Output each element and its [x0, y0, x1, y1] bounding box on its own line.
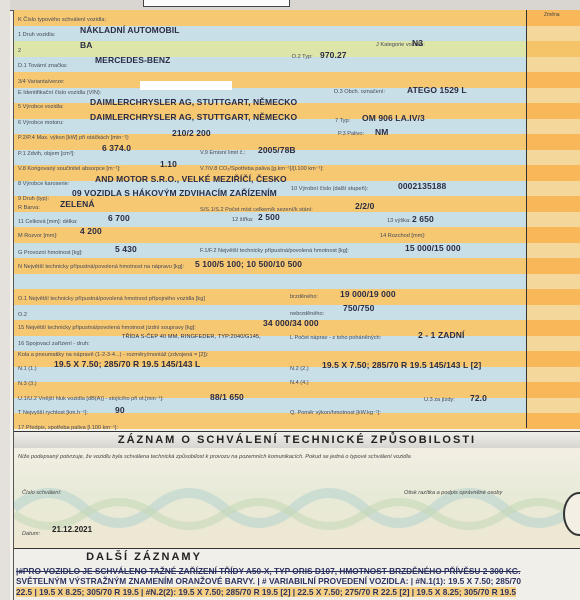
field-label-druh-vozidla: 1 Druh vozidla:: [18, 32, 55, 38]
change-cell: [526, 134, 580, 150]
field-label-druh-typ: 9 Druh (typ):: [18, 196, 49, 202]
change-cell: [526, 119, 580, 135]
field-label-d2: D.2 Typ:: [292, 54, 313, 60]
field-value-vyrobce-vozidla: DAIMLERCHRYSLER AG, STUTTGART, NĚMECKO: [90, 97, 297, 107]
field-label-n3: N.3 (3.): [18, 381, 37, 387]
field-value-f2: BA: [80, 40, 92, 50]
field-label-rozchod: 14 Rozchod [mm]:: [380, 233, 425, 239]
field-label-e: E Identifikační číslo vozidla (VIN):: [18, 90, 101, 96]
change-cell: [526, 289, 580, 305]
change-cell: [526, 367, 580, 383]
field-value-vyrobni-cislo: 0002135188: [398, 181, 446, 191]
field-value-brzdeneho: 19 000/19 000: [340, 289, 396, 299]
field-label-spojovaci: 16 Spojovací zařízení - druh:: [18, 341, 90, 347]
field-value-vyska: 2 650: [412, 214, 434, 224]
guilloche-pattern: [14, 478, 580, 538]
field-label-palivo: P.3 Palivo:: [338, 131, 364, 137]
change-cell: [526, 336, 580, 352]
field-value-u3: 72.0: [470, 393, 487, 403]
change-cell: [526, 212, 580, 228]
field-label-pripojne: O.1 Největší technicky přípustná/povolen…: [18, 296, 205, 302]
field-value-d2: 970.27: [320, 50, 347, 60]
field-label-o2: O.2: [18, 312, 27, 318]
field-label-vyrobce-vozidla: 5 Výrobce vozidla:: [18, 104, 64, 110]
field-label-pomer: Q. Poměr výkon/hmotnost [kW.kg⁻¹]:: [290, 410, 381, 416]
field-label-k: K Číslo typového schválení vozidla:: [18, 17, 106, 23]
field-label-mista: S/S.1/S.2 Počet míst celkem/k sezení/k s…: [200, 207, 313, 213]
form-row: [14, 72, 580, 88]
stamp-signature-label: Otisk razítka a podpis oprávněné osoby: [404, 490, 502, 496]
field-value-spojovaci: TŘÍDA S-ČEP 40 MM, RINGFEDER, TYP:2040/G…: [122, 334, 261, 340]
field-value-zdvih: 6 374.0: [102, 143, 131, 153]
further-record-line: |#PRO VOZIDLO JE SCHVÁLENO TAŽNÉ ZAŘÍZEN…: [16, 566, 521, 576]
change-cell: [526, 196, 580, 212]
field-value-vyrobce-motoru: DAIMLERCHRYSLER AG, STUTTGART, NĚMECKO: [90, 112, 297, 122]
field-label-provozni: G Provozní hmotnost [kg]:: [18, 250, 83, 256]
approval-number-label: Číslo schválení:: [22, 490, 61, 496]
field-value-typ-motoru: OM 906 LA.IV/3: [362, 113, 425, 123]
field-value-napravy: 2 - 1 ZADNÍ: [418, 330, 464, 340]
field-value-sirka: 2 500: [258, 212, 280, 222]
field-label-n1: N.1 (1.): [18, 366, 37, 372]
further-records-title: DALŠÍ ZÁZNAMY: [14, 551, 274, 563]
change-cell: [526, 382, 580, 398]
field-value-delka: 6 700: [108, 213, 130, 223]
field-value-barva: ZELENÁ: [60, 199, 95, 209]
field-value-nejvetsi: 15 000/15 000: [405, 243, 461, 253]
approval-statement: Níže podepsaný potvrzuje, že vozidlu byl…: [18, 454, 411, 460]
field-label-n2: N.2 (2.): [290, 366, 309, 372]
field-label-nebrzdeneho: nebrzděného:: [290, 311, 324, 317]
change-cell: [526, 181, 580, 197]
change-cell: [526, 150, 580, 166]
change-cell: [526, 258, 580, 274]
field-value-druh-vozidla: NÁKLADNÍ AUTOMOBIL: [80, 25, 180, 35]
field-label-u3: U.3 za jízdy:: [424, 397, 455, 403]
approval-section: Níže podepsaný potvrzuje, že vozidlu byl…: [14, 448, 580, 548]
field-value-n1: 19.5 X 7.50; 285/70 R 19.5 145/143 L: [54, 359, 200, 369]
change-cell: [526, 351, 580, 367]
change-cell: [526, 72, 580, 88]
change-cell: [526, 103, 580, 119]
field-label-delka: 11 Celková [mm]: délka:: [18, 219, 78, 225]
field-label-rozvor: M Rozvor [mm]:: [18, 233, 57, 239]
field-label-napravy: L Počet náprav - z toho poháněných:: [290, 335, 381, 341]
field-value-j: N3: [412, 38, 423, 48]
field-value-souprava: 34 000/34 000: [263, 318, 319, 328]
field-value-nebrzdeneho: 750/750: [343, 303, 374, 313]
field-value-palivo: NM: [375, 127, 388, 137]
field-label-hluk: U.1/U.2 Vnější hluk vozidla [dB(A)] - st…: [18, 396, 164, 402]
field-value-mista: 2/2/0: [355, 201, 374, 211]
date-label: Datum:: [22, 531, 40, 537]
field-label-absorpce: V.8 Korigovaný součinitel absorpce [m⁻¹]…: [18, 166, 121, 172]
change-cell: [526, 305, 580, 321]
field-label-zdvih: P.1 Zdvih, objem [cm³]:: [18, 151, 75, 157]
change-column-divider: [526, 10, 527, 428]
form-row: [14, 274, 580, 290]
field-label-d3: D.3 Obch. označení:: [334, 89, 385, 95]
field-value-n2: 19.5 X 7.50; 285/70 R 19.5 145/143 L [2]: [322, 360, 481, 370]
date-value: 21.12.2021: [52, 525, 92, 534]
field-label-souprava: 15 Největší technicky přípustná/povolená…: [18, 325, 196, 331]
field-label-emisni: V.9 Emisní limit č.:: [200, 150, 246, 156]
change-cell: [526, 320, 580, 336]
field-label-vyrobce-motoru: 6 Výrobce motoru:: [18, 120, 64, 126]
change-cell: [526, 274, 580, 290]
field-label-co2: V.7/V.8 CO₂/Spotřeba paliva [g.km⁻¹]/[l.…: [200, 166, 324, 172]
change-cell: [526, 413, 580, 429]
field-label-n4: N.4 (4.): [290, 380, 309, 386]
field-value-vykon: 210/2 200: [172, 128, 211, 138]
page-edge: [0, 0, 10, 600]
further-records-section: DALŠÍ ZÁZNAMY |#PRO VOZIDLO JE SCHVÁLENO…: [14, 549, 580, 600]
change-cell: [526, 88, 580, 104]
field-value-hluk: 88/1 650: [210, 392, 244, 402]
field-label-varianta: 3/4 Varianta/verze:: [18, 79, 65, 85]
field-label-kola: Kola a pneumatiky na nápravě (1-2-3-4...…: [18, 352, 208, 358]
approval-heading: ZÁZNAM O SCHVÁLENÍ TECHNICKÉ ZPŮSOBILOST…: [14, 431, 580, 449]
change-cell: [526, 26, 580, 42]
change-cell: [526, 41, 580, 57]
field-value-rychlost: 90: [115, 405, 125, 415]
field-label-d1: D.1 Tovární značka:: [18, 63, 67, 69]
form-row: [14, 150, 580, 166]
field-value-emisni: 2005/78B: [258, 145, 296, 155]
further-record-line: SVĚTELNÝM VÝSTRAŽNÝM ZNAMENÍM ORANŽOVÉ B…: [16, 576, 521, 586]
field-value-karoserie: AND MOTOR S.R.O., VELKÉ MEZIŘÍČÍ, ČESKO: [95, 174, 287, 184]
change-column-label: Změna: [544, 12, 560, 18]
field-label-typ-motoru: 7 Typ:: [335, 118, 350, 124]
vin-redaction: [140, 81, 232, 90]
field-label-f2: 2: [18, 48, 21, 54]
form-row: [14, 212, 580, 228]
field-value-absorpce: 1.10: [160, 159, 177, 169]
field-label-rychlost: T Nejvyšší rychlost [km.h⁻¹]:: [18, 410, 88, 416]
further-record-line: 22.5 | 19.5 X 8.25; 305/70 R 19.5 | #N.2…: [16, 587, 516, 597]
change-cell: [526, 398, 580, 414]
field-value-d1: MERCEDES-BENZ: [95, 55, 170, 65]
field-label-naprava: N Největší technicky přípustná/povolená …: [18, 264, 184, 270]
field-label-brzdeneho: brzděného:: [290, 294, 318, 300]
field-label-sirka: 12 šířka:: [232, 217, 253, 223]
field-label-vykon: P.2/P.4 Max. výkon [kW] při otáčkách [mi…: [18, 135, 129, 141]
field-value-d3: ATEGO 1529 L: [407, 85, 467, 95]
field-label-vyrobni-cislo: 10 Výrobní číslo (další stupeň):: [291, 186, 368, 192]
change-cell: [526, 57, 580, 73]
field-value-rozvor: 4 200: [80, 226, 102, 236]
field-label-nejvetsi: F.1/F.2 Největší technicky přípustná/pov…: [200, 248, 349, 254]
change-cell: [526, 243, 580, 259]
change-cell: [526, 227, 580, 243]
change-cell: [526, 165, 580, 181]
field-label-vyska: 13 výška:: [387, 218, 411, 224]
field-label-karoserie: 8 Výrobce karoserie:: [18, 181, 69, 187]
field-value-provozni: 5 430: [115, 244, 137, 254]
field-value-druh-typ: 09 VOZIDLA S HÁKOVÝM ZDVIHACÍM ZAŘÍZENÍM: [72, 188, 277, 198]
field-value-naprava: 5 100/5 100; 10 500/10 500: [195, 259, 302, 269]
top-box: [143, 0, 290, 7]
field-label-barva: R Barva:: [18, 205, 40, 211]
